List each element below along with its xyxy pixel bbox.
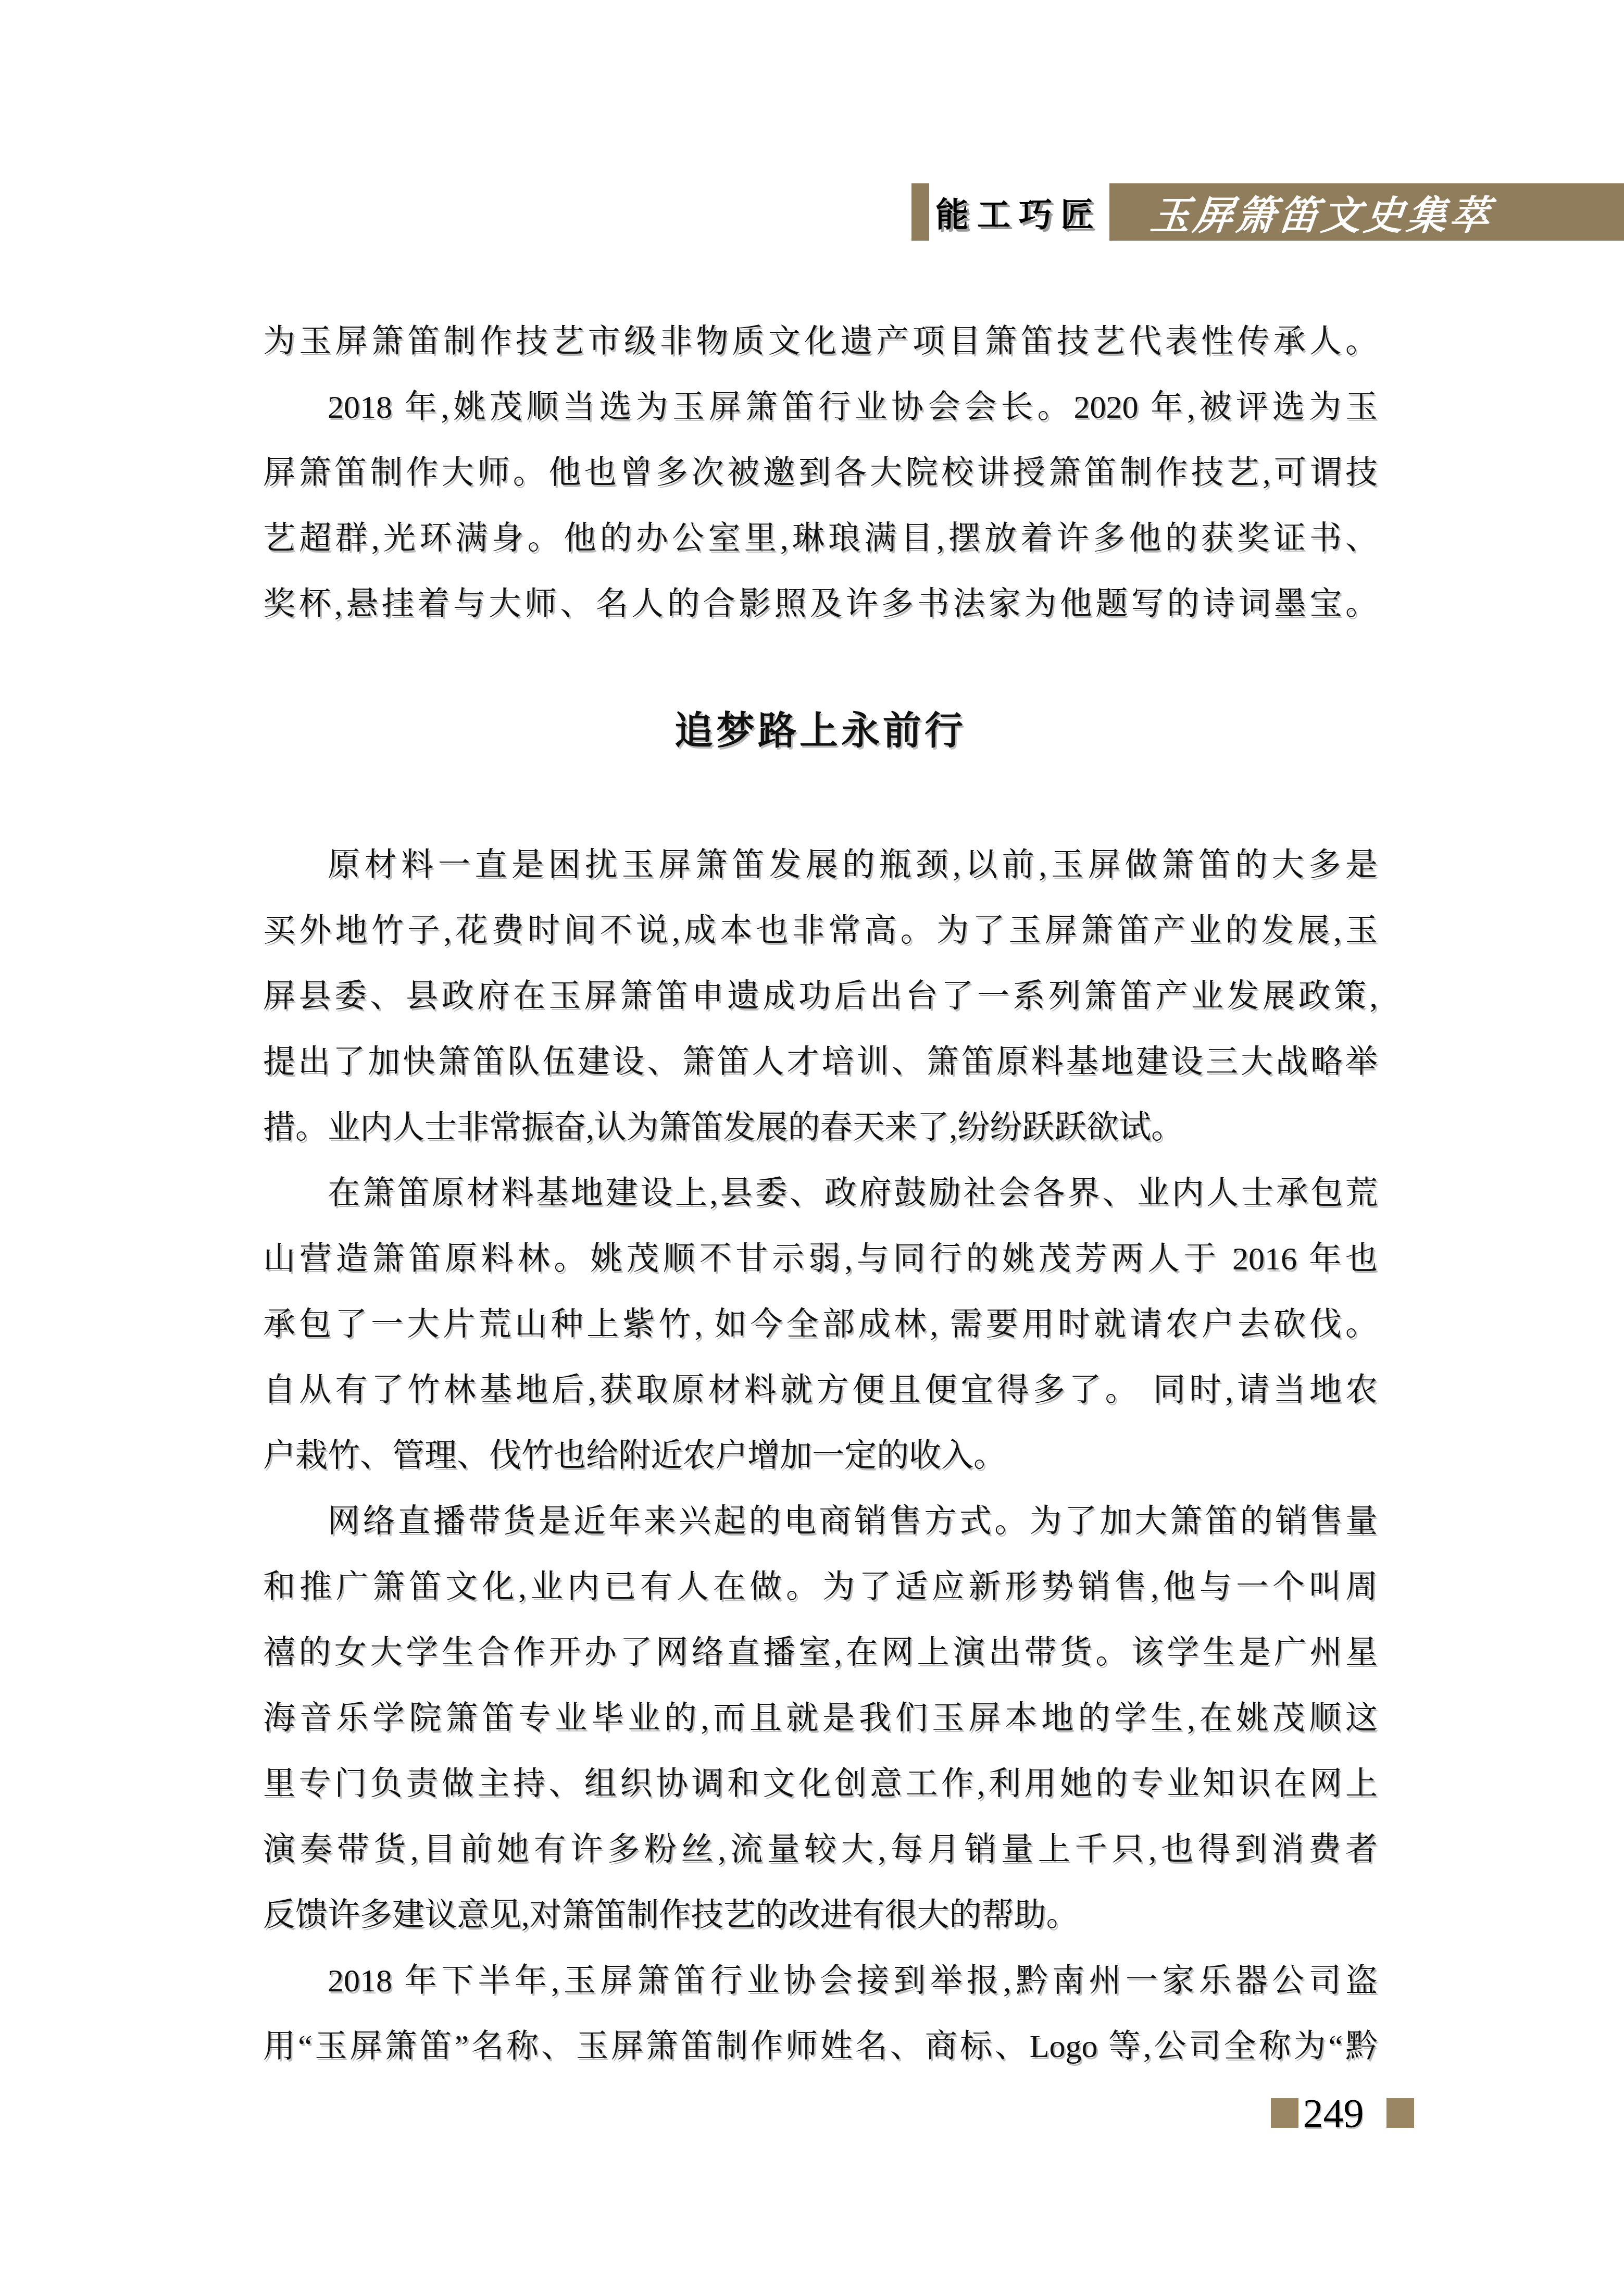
body-line: 承包了一大片荒山种上紫竹, 如今全部成林, 需要用时就请农户去砍伐。	[263, 1292, 1378, 1357]
body-line: 为玉屏箫笛制作技艺市级非物质文化遗产项目箫笛技艺代表性传承人。	[263, 309, 1378, 375]
body-line: 反馈许多建议意见,对箫笛制作技艺的改进有很大的帮助。	[263, 1882, 1378, 1948]
section-heading: 追梦路上永前行	[263, 699, 1378, 764]
book-title-calligraphy: 玉屏箫笛文史集萃	[1148, 184, 1495, 241]
body-line: 演奏带货,目前她有许多粉丝,流量较大,每月销量上千只,也得到消费者	[263, 1817, 1378, 1882]
chapter-section-label: 能工巧匠	[929, 183, 1109, 241]
body-text-block: 为玉屏箫笛制作技艺市级非物质文化遗产项目箫笛技艺代表性传承人。 2018 年,姚…	[263, 309, 1378, 2079]
page-header: 能工巧匠 玉屏箫笛文史集萃	[911, 183, 1624, 241]
footer-ornament-square-left	[1271, 2098, 1298, 2128]
body-line: 里专门负责做主持、组织协调和文化创意工作,利用她的专业知识在网上	[263, 1751, 1378, 1817]
body-line: 在箫笛原材料基地建设上,县委、政府鼓励社会各界、业内人士承包荒	[263, 1161, 1378, 1226]
body-line: 提出了加快箫笛队伍建设、箫笛人才培训、箫笛原料基地建设三大战略举	[263, 1029, 1378, 1095]
body-line: 和推广箫笛文化,业内已有人在做。为了适应新形势销售,他与一个叫周	[263, 1554, 1378, 1620]
body-line: 网络直播带货是近年来兴起的电商销售方式。为了加大箫笛的销售量	[263, 1489, 1378, 1554]
body-line: 屏县委、县政府在玉屏箫笛申遗成功后出台了一系列箫笛产业发展政策,	[263, 964, 1378, 1029]
body-line: 海音乐学院箫笛专业毕业的,而且就是我们玉屏本地的学生,在姚茂顺这	[263, 1686, 1378, 1751]
body-line: 奖杯,悬挂着与大师、名人的合影照及许多书法家为他题写的诗词墨宝。	[263, 571, 1378, 637]
header-accent-bar	[911, 183, 929, 241]
header-banner: 玉屏箫笛文史集萃	[1109, 183, 1624, 241]
body-line: 2018 年,姚茂顺当选为玉屏箫笛行业协会会长。2020 年,被评选为玉	[263, 375, 1378, 440]
body-line: 自从有了竹林基地后,获取原材料就方便且便宜得多了。 同时,请当地农	[263, 1357, 1378, 1423]
book-page: 能工巧匠 玉屏箫笛文史集萃 为玉屏箫笛制作技艺市级非物质文化遗产项目箫笛技艺代表…	[0, 0, 1624, 2269]
body-line: 原材料一直是困扰玉屏箫笛发展的瓶颈,以前,玉屏做箫笛的大多是	[263, 832, 1378, 898]
body-line: 2018 年下半年,玉屏箫笛行业协会接到举报,黔南州一家乐器公司盗	[263, 1948, 1378, 2014]
body-line: 山营造箫笛原料林。姚茂顺不甘示弱,与同行的姚茂芳两人于 2016 年也	[263, 1226, 1378, 1292]
body-line: 用“玉屏箫笛”名称、玉屏箫笛制作师姓名、商标、Logo 等,公司全称为“黔	[263, 2014, 1378, 2079]
body-line: 禧的女大学生合作开办了网络直播室,在网上演出带货。该学生是广州星	[263, 1620, 1378, 1686]
body-line: 措。业内人士非常振奋,认为箫笛发展的春天来了,纷纷跃跃欲试。	[263, 1095, 1378, 1161]
body-line: 屏箫笛制作大师。他也曾多次被邀到各大院校讲授箫笛制作技艺,可谓技	[263, 440, 1378, 506]
footer-ornament-square-right	[1386, 2098, 1414, 2128]
page-number: 249	[1302, 2090, 1365, 2137]
body-line: 买外地竹子,花费时间不说,成本也非常高。为了玉屏箫笛产业的发展,玉	[263, 898, 1378, 964]
body-line: 户栽竹、管理、伐竹也给附近农户增加一定的收入。	[263, 1423, 1378, 1489]
body-line: 艺超群,光环满身。他的办公室里,琳琅满目,摆放着许多他的获奖证书、	[263, 506, 1378, 571]
